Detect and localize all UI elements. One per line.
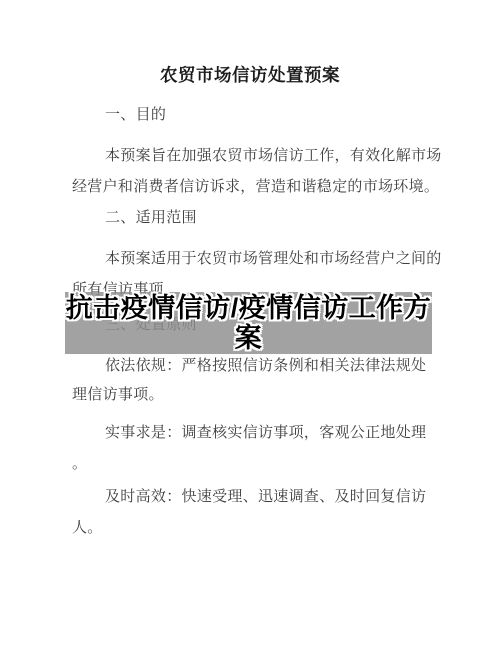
paragraph-line: 本预案旨在加强农贸市场信访工作，有效化解市场 [105,144,442,165]
overlay-title: 抗击疫情信访/疫情信访工作方 案 [53,293,444,353]
paragraph-line: 及时高效：快速受理、迅速调查、及时回复信访 [105,485,426,506]
paragraph-line: 理信访事项。 [72,383,164,404]
paragraph-line: 经营户和消费者信访诉求，营造和谐稳定的市场环境。 [72,175,439,196]
section-heading: 一、目的 [105,103,166,124]
doc-title: 农贸市场信访处置预案 [0,62,500,87]
overlay-title-line2: 案 [53,323,444,353]
paragraph-line: 实事求是：调查核实信访事项，客观公正地处理 [105,421,426,442]
document-page: 农贸市场信访处置预案 一、目的 本预案旨在加强农贸市场信访工作，有效化解市场 经… [0,0,500,647]
paragraph-line: 。 [72,452,87,473]
paragraph-line: 依法依规：严格按照信访条例和相关法律法规处 [105,354,426,375]
paragraph-line: 人。 [72,516,103,537]
section-heading: 二、适用范围 [105,206,197,227]
paragraph-line: 本预案适用于农贸市场管理处和市场经营户之间的 [105,247,442,268]
overlay-title-line1: 抗击疫情信访/疫情信访工作方 [66,293,432,323]
overlay-banner: 抗击疫情信访/疫情信访工作方 案 [65,292,432,354]
